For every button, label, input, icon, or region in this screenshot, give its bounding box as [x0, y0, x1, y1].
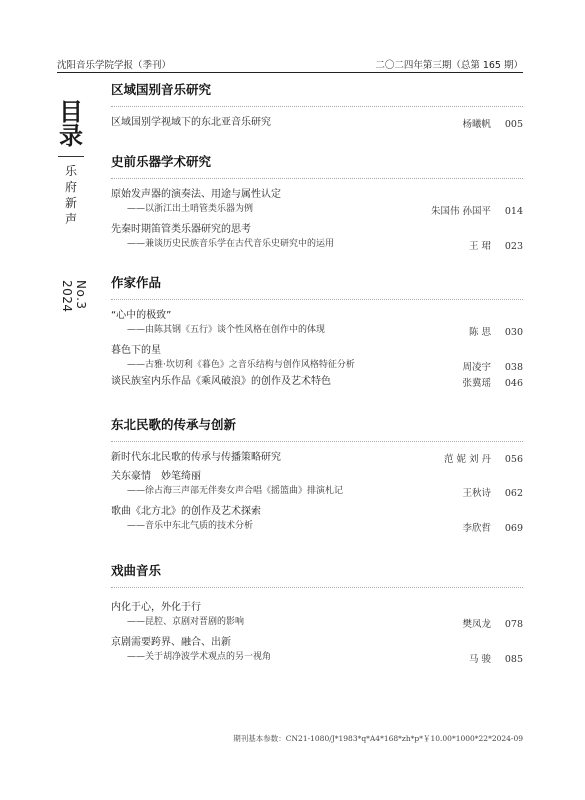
- section-title: 戏曲音乐: [111, 561, 523, 581]
- contents-char: 录: [58, 124, 84, 148]
- toc-section: 戏曲音乐 内化于心，外化于行 ——昆腔、京剧对晋剧的影响 樊凤龙078 京剧需要…: [111, 561, 523, 664]
- section-title: 作家作品: [111, 273, 523, 293]
- entry-page: 005: [503, 119, 523, 130]
- toc-entry[interactable]: 区域国别学视域下的东北亚音乐研究 杨曦帆005: [111, 115, 523, 130]
- entry-meta: 李欣哲069: [462, 520, 523, 534]
- entry-title: 先秦时期笛管类乐器研究的思考: [111, 222, 523, 237]
- journal-char: 新: [58, 195, 84, 211]
- toc-entry[interactable]: 京剧需要跨界、融合、出新 ——关于胡净波学术观点的另一视角 马 骏085: [111, 635, 523, 664]
- entry-page: 038: [503, 362, 523, 373]
- entry-meta: 王秋诗062: [462, 485, 523, 499]
- entry-subtitle: ——古雅·坎切利《暮色》之音乐结构与创作风格特征分析: [111, 358, 523, 372]
- entry-page: 085: [503, 654, 523, 665]
- entry-author: 周凌宇: [462, 359, 491, 373]
- journal-name: 沈阳音乐学院学报（季刊）: [57, 57, 171, 71]
- entry-page: 014: [503, 206, 523, 217]
- entry-subtitle: ——昆腔、京剧对晋剧的影响: [111, 615, 523, 629]
- entry-author: 王秋诗: [462, 485, 491, 499]
- toc-entry[interactable]: 原始发声器的演奏法、用途与属性认定 ——以浙江出土哨管类乐器为例 朱国伟 孙国平…: [111, 187, 523, 216]
- journal-char: 声: [58, 211, 84, 227]
- issue-info: 二〇二四年第三期（总第 165 期）: [375, 57, 523, 71]
- table-of-contents: 区域国别音乐研究 区域国别学视域下的东北亚音乐研究 杨曦帆005 史前乐器学术研…: [111, 80, 523, 670]
- entry-author: 张冀瑶: [462, 375, 491, 389]
- toc-entry[interactable]: 暮色下的星 ——古雅·坎切利《暮色》之音乐结构与创作风格特征分析 周凌宇038: [111, 343, 523, 372]
- toc-entry[interactable]: 谈民族室内乐作品《乘风破浪》的创作及艺术特色 张冀瑶046: [111, 374, 523, 389]
- dotted-divider: [111, 178, 523, 179]
- dotted-divider: [111, 106, 523, 107]
- journal-char: 府: [58, 179, 84, 195]
- entry-author: 陈 思: [469, 324, 491, 338]
- toc-section: 东北民歌的传承与创新 新时代东北民歌的传承与传播策略研究 范 妮 刘 丹056 …: [111, 415, 523, 533]
- section-title: 东北民歌的传承与创新: [111, 415, 523, 435]
- toc-section: 作家作品 “心中的极致” ——由陈其钢《五行》谈个性风格在创作中的体现 陈 思0…: [111, 273, 523, 389]
- entry-subtitle: ——徐占海三声部无伴奏女声合唱《摇篮曲》排演札记: [111, 484, 523, 498]
- entry-page: 062: [503, 488, 523, 499]
- entry-author: 杨曦帆: [462, 116, 491, 130]
- entry-page: 056: [503, 454, 523, 465]
- page-header: 沈阳音乐学院学报（季刊） 二〇二四年第三期（总第 165 期）: [57, 54, 523, 73]
- entry-subtitle: ——兼谈历史民族音乐学在古代音乐史研究中的运用: [111, 237, 523, 251]
- entry-title: 京剧需要跨界、融合、出新: [111, 635, 523, 650]
- entry-meta: 王 珺023: [469, 238, 523, 252]
- entry-page: 023: [503, 241, 523, 252]
- entry-meta: 陈 思030: [469, 324, 523, 338]
- entry-title: 歌曲《北方北》的创作及艺术探索: [111, 504, 523, 519]
- issue-number-vertical: No.3 2024: [60, 280, 88, 313]
- entry-title: 关东豪情 妙笔绮丽: [111, 469, 523, 484]
- toc-entry[interactable]: 新时代东北民歌的传承与传播策略研究 范 妮 刘 丹056: [111, 450, 523, 465]
- entry-subtitle: ——音乐中东北气质的技术分析: [111, 519, 523, 533]
- toc-entry[interactable]: 关东豪情 妙笔绮丽 ——徐占海三声部无伴奏女声合唱《摇篮曲》排演札记 王秋诗06…: [111, 469, 523, 498]
- entry-page: 046: [503, 378, 523, 389]
- entry-title: 区域国别学视域下的东北亚音乐研究: [111, 115, 523, 130]
- journal-char: 乐: [58, 163, 84, 179]
- entry-author: 马 骏: [469, 651, 491, 665]
- toc-entry[interactable]: 内化于心，外化于行 ——昆腔、京剧对晋剧的影响 樊凤龙078: [111, 600, 523, 629]
- entry-meta: 马 骏085: [469, 651, 523, 665]
- entry-title: 谈民族室内乐作品《乘风破浪》的创作及艺术特色: [111, 374, 523, 389]
- entry-author: 樊凤龙: [462, 616, 491, 630]
- entry-author: 朱国伟 孙国平: [431, 203, 491, 217]
- journal-parameters: 期刊基本参数：CN21-1080/J*1983*q*A4*168*zh*p*￥1…: [210, 733, 523, 744]
- entry-meta: 张冀瑶046: [462, 375, 523, 389]
- toc-entry[interactable]: “心中的极致” ——由陈其钢《五行》谈个性风格在创作中的体现 陈 思030: [111, 308, 523, 337]
- toc-entry[interactable]: 先秦时期笛管类乐器研究的思考 ——兼谈历史民族音乐学在古代音乐史研究中的运用 王…: [111, 222, 523, 251]
- dotted-divider: [111, 441, 523, 442]
- sidebar: 目 录 乐 府 新 声 No.3 2024: [58, 100, 88, 227]
- entry-title: “心中的极致”: [111, 308, 523, 323]
- section-title: 史前乐器学术研究: [111, 152, 523, 172]
- entry-page: 078: [503, 619, 523, 630]
- toc-entry[interactable]: 歌曲《北方北》的创作及艺术探索 ——音乐中东北气质的技术分析 李欣哲069: [111, 504, 523, 533]
- section-title: 区域国别音乐研究: [111, 80, 523, 100]
- entry-meta: 周凌宇038: [462, 359, 523, 373]
- dotted-divider: [111, 299, 523, 300]
- entry-title: 暮色下的星: [111, 343, 523, 358]
- entry-author: 王 珺: [469, 238, 491, 252]
- entry-author: 李欣哲: [462, 520, 491, 534]
- journal-vertical-name: 乐 府 新 声: [58, 163, 84, 227]
- toc-section: 区域国别音乐研究 区域国别学视域下的东北亚音乐研究 杨曦帆005: [111, 80, 523, 130]
- entry-page: 069: [503, 523, 523, 534]
- entry-meta: 范 妮 刘 丹056: [444, 451, 523, 465]
- entry-meta: 樊凤龙078: [462, 616, 523, 630]
- entry-subtitle: ——由陈其钢《五行》谈个性风格在创作中的体现: [111, 323, 523, 337]
- entry-author: 范 妮 刘 丹: [444, 451, 491, 465]
- contents-heading: 目 录: [58, 100, 84, 148]
- entry-title: 原始发声器的演奏法、用途与属性认定: [111, 187, 523, 202]
- entry-subtitle: ——关于胡净波学术观点的另一视角: [111, 650, 523, 664]
- toc-section: 史前乐器学术研究 原始发声器的演奏法、用途与属性认定 ——以浙江出土哨管类乐器为…: [111, 152, 523, 251]
- entry-title: 内化于心，外化于行: [111, 600, 523, 615]
- entry-meta: 杨曦帆005: [462, 116, 523, 130]
- entry-meta: 朱国伟 孙国平014: [431, 203, 523, 217]
- dotted-divider: [111, 587, 523, 588]
- sidebar-divider: [58, 156, 84, 157]
- entry-page: 030: [503, 327, 523, 338]
